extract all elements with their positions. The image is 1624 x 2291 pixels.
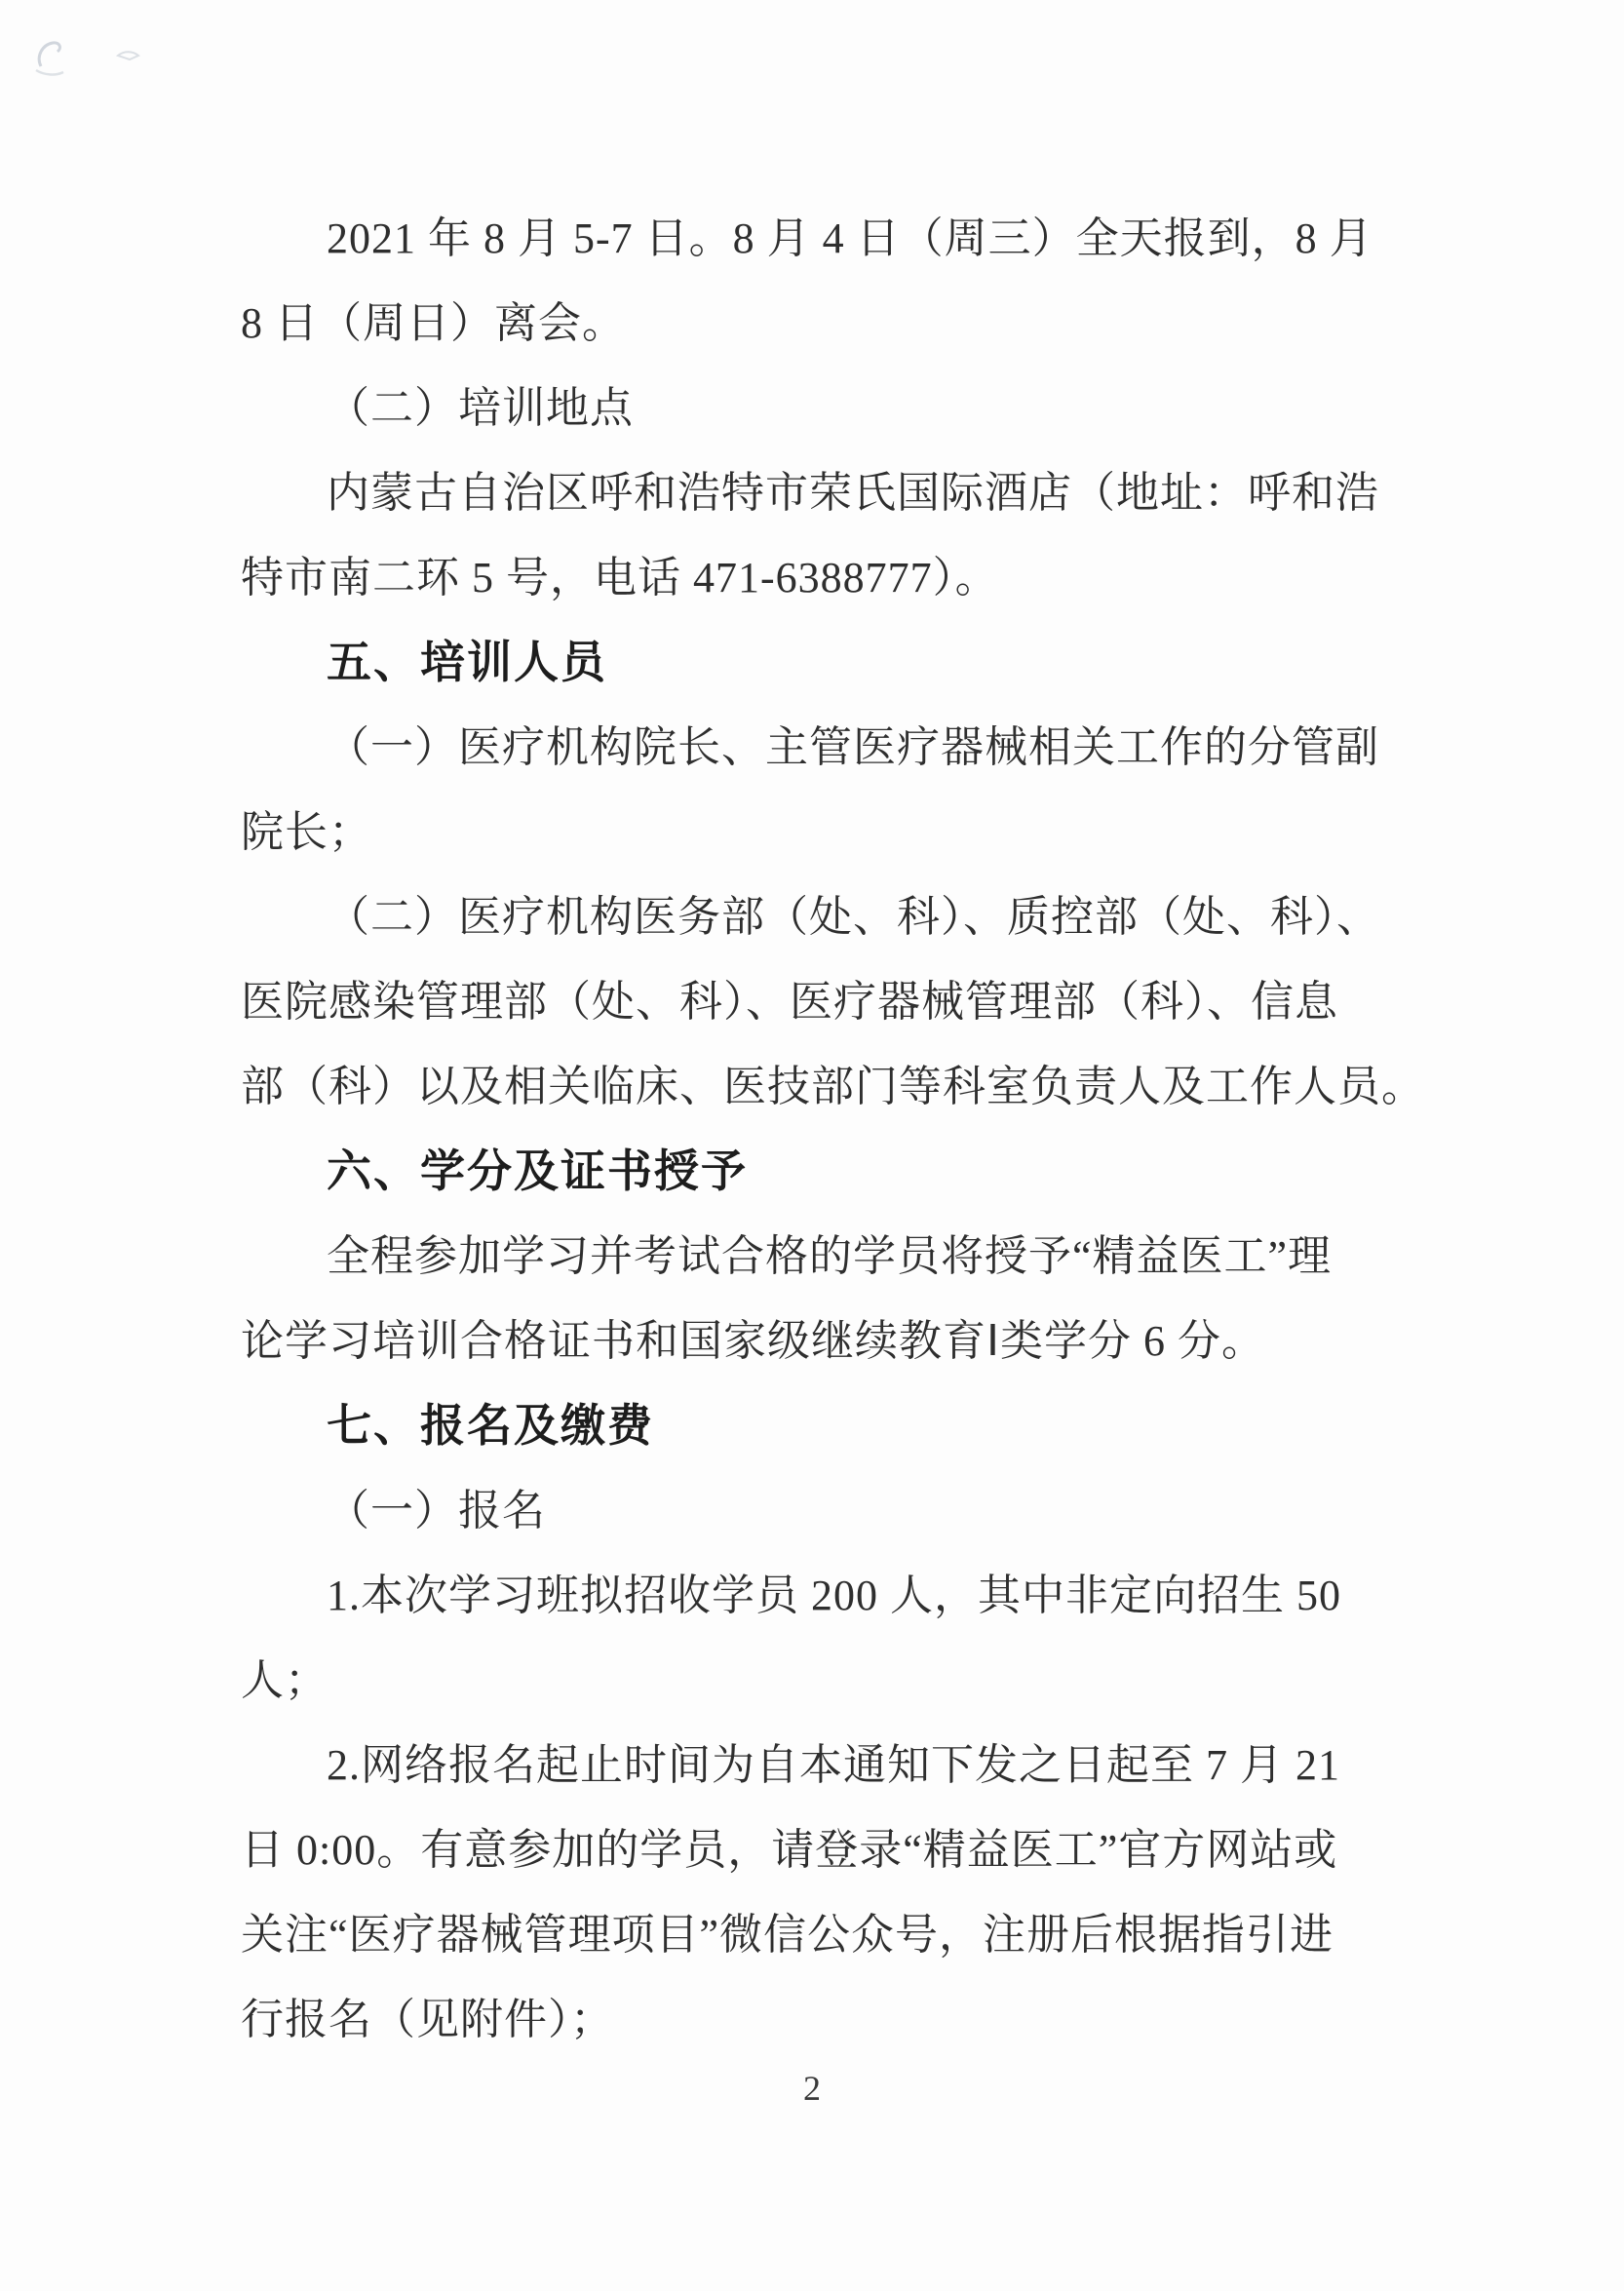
text-line: （一）报名 <box>241 1468 1420 1553</box>
text-line: 医院感染管理部（处、科）、医疗器械管理部（科）、信息 <box>241 959 1420 1044</box>
section-heading: 五、培训人员 <box>241 620 1420 705</box>
text-line: 关注“医疗器械管理项目”微信公众号，注册后根据指引进 <box>241 1892 1420 1977</box>
text-line: （二）医疗机构医务部（处、科）、质控部（处、科）、 <box>241 874 1420 959</box>
text-line: 行报名（见附件）； <box>241 1977 1420 2062</box>
text-line: 部（科）以及相关临床、医技部门等科室负责人及工作人员。 <box>241 1044 1420 1129</box>
text-line: 1.本次学习班拟招收学员 200 人，其中非定向招生 50 <box>241 1553 1420 1638</box>
text-line: 院长； <box>241 790 1420 874</box>
text-line: 2.网络报名起止时间为自本通知下发之日起至 7 月 21 <box>241 1723 1420 1807</box>
document-page: 2021 年 8 月 5-7 日。8 月 4 日（周三）全天报到，8 月8 日（… <box>0 0 1624 2291</box>
text-line: （二）培训地点 <box>241 366 1420 450</box>
section-heading: 六、学分及证书授予 <box>241 1129 1420 1214</box>
text-line: 2021 年 8 月 5-7 日。8 月 4 日（周三）全天报到，8 月 <box>241 196 1420 281</box>
text-line: 日 0:00。有意参加的学员，请登录“精益医工”官方网站或 <box>241 1807 1420 1892</box>
text-line: 特市南二环 5 号，电话 471-6388777）。 <box>241 535 1420 620</box>
text-line: 论学习培训合格证书和国家级继续教育Ⅰ类学分 6 分。 <box>241 1299 1420 1383</box>
text-line: 内蒙古自治区呼和浩特市荣氏国际酒店（地址：呼和浩 <box>241 450 1420 535</box>
text-line: （一）医疗机构院长、主管医疗器械相关工作的分管副 <box>241 705 1420 790</box>
page-number: 2 <box>0 2059 1624 2117</box>
text-line: 全程参加学习并考试合格的学员将授予“精益医工”理 <box>241 1214 1420 1299</box>
text-line: 人； <box>241 1638 1420 1723</box>
text-line: 8 日（周日）离会。 <box>241 281 1420 366</box>
section-heading: 七、报名及缴费 <box>241 1383 1420 1468</box>
pencil-scan-marks <box>0 0 214 107</box>
document-body: 2021 年 8 月 5-7 日。8 月 4 日（周三）全天报到，8 月8 日（… <box>241 196 1420 2062</box>
